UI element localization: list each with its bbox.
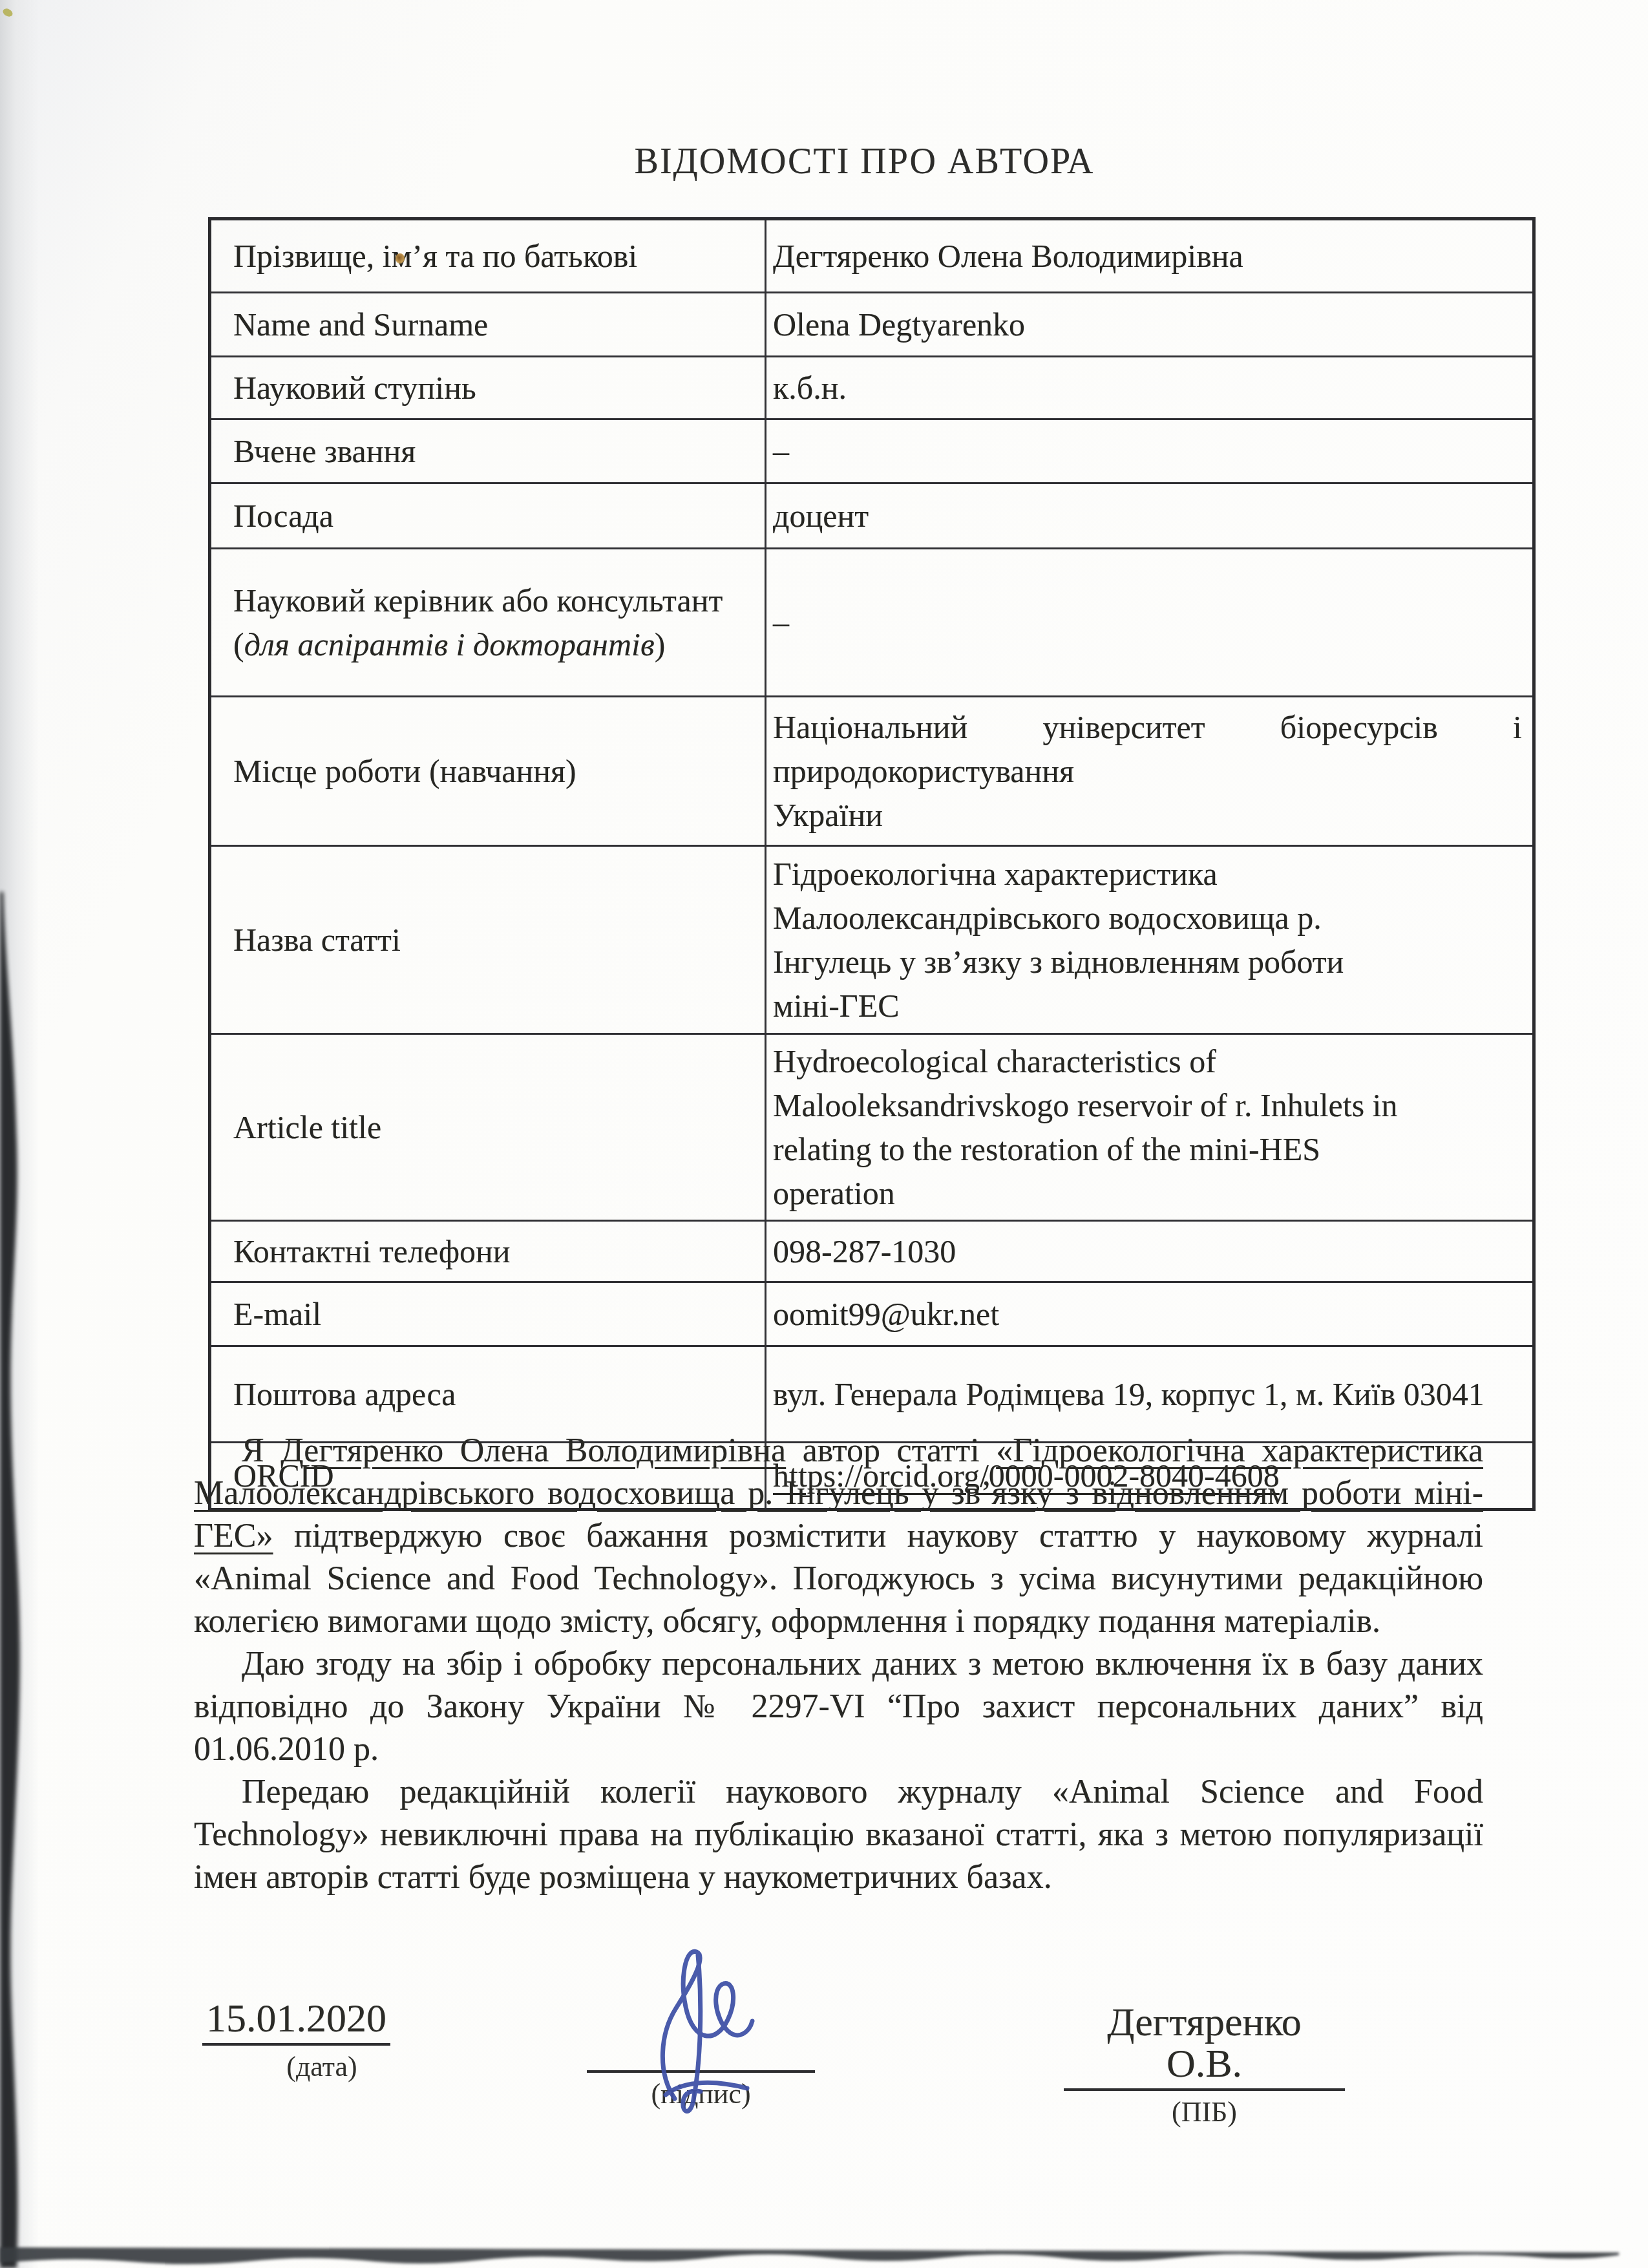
signature-sign-field: (підпис) (587, 1994, 815, 2110)
row-value: – (766, 419, 1534, 483)
row-label: Науковий керівник або консультант (для а… (210, 549, 766, 697)
row-value: oomit99@ukr.net (766, 1282, 1534, 1346)
table-row: Назва статтіГідроекологічна характеристи… (210, 846, 1534, 1034)
author-info-table: Прізвище, ім’я та по батьковіДегтяренко … (208, 217, 1536, 1511)
scan-speck (396, 253, 405, 264)
text-run: Даю згоду на збір і обробку персональних… (194, 1646, 1483, 1768)
row-value: вул. Генерала Родімцева 19, корпус 1, м.… (766, 1346, 1534, 1443)
row-label: Науковий ступінь (210, 357, 766, 419)
row-label: Вчене звання (210, 419, 766, 483)
text-run: підтверджую своє бажання розмістити наук… (194, 1518, 1483, 1640)
scan-bottom-edge-shadow (0, 2233, 1648, 2268)
table-row: Вчене звання– (210, 419, 1534, 483)
row-value: Гідроекологічна характеристика Малоолекс… (766, 846, 1534, 1034)
signature-date: 15.01.2020 (202, 1998, 390, 2046)
signature-date-label: (дата) (254, 2051, 390, 2083)
row-label: E-mail (210, 1282, 766, 1346)
row-value: – (766, 549, 1534, 697)
table-row: Місце роботи (навчання)Національний унів… (210, 697, 1534, 846)
table-row: Науковий ступіньк.б.н. (210, 357, 1534, 419)
scan-page-edge-shadow (0, 892, 30, 2268)
table-row: Контактні телефони098-287-1030 (210, 1221, 1534, 1282)
table-row: E-mailoomit99@ukr.net (210, 1282, 1534, 1346)
row-value: Hydroecological characteristics of Maloo… (766, 1034, 1534, 1221)
italic-text: для аспірантів і докторантів (244, 626, 655, 662)
scanned-page: ВІДОМОСТІ ПРО АВТОРА Прізвище, ім’я та п… (0, 0, 1648, 2268)
table-row: Name and SurnameOlena Degtyarenko (210, 293, 1534, 357)
signature-block: 15.01.2020 (дата) (підпис) Дегтярен (194, 1994, 1483, 2136)
handwritten-signature (620, 1942, 788, 2110)
text-run: Передаю редакційній колегії наукового жу… (194, 1774, 1483, 1896)
underlined-text: Дегтяренко Олена Володимирівна (280, 1432, 786, 1469)
row-value: Дегтяренко Олена Володимирівна (766, 219, 1534, 293)
table-row: Науковий керівник або консультант (для а… (210, 549, 1534, 697)
paragraph-confirmation: Я Дегтяренко Олена Володимирівна автор с… (194, 1430, 1483, 1643)
text-run: автор статті (786, 1432, 996, 1469)
signature-name-label: (ПІБ) (1064, 2096, 1345, 2128)
consent-paragraphs: Я Дегтяренко Олена Володимирівна автор с… (194, 1430, 1483, 1899)
text-run: ) (655, 626, 666, 662)
row-label: Article title (210, 1034, 766, 1221)
row-label: Прізвище, ім’я та по батькові (210, 219, 766, 293)
signature-line (587, 1994, 815, 2073)
row-value: Національний університет біоресурсів і п… (766, 697, 1534, 846)
row-label: Name and Surname (210, 293, 766, 357)
signature-date-field: 15.01.2020 (дата) (202, 1998, 390, 2083)
row-label: Назва статті (210, 846, 766, 1034)
paragraph-publication-rights: Передаю редакційній колегії наукового жу… (194, 1771, 1483, 1899)
row-label: Посада (210, 483, 766, 549)
text-run: Я (242, 1432, 280, 1469)
row-label: Поштова адреса (210, 1346, 766, 1443)
table-row: Article titleHydroecological characteris… (210, 1034, 1534, 1221)
signature-name-field: Дегтяренко О.В. (ПІБ) (1064, 2002, 1345, 2128)
row-label: Місце роботи (навчання) (210, 697, 766, 846)
row-value: Olena Degtyarenko (766, 293, 1534, 357)
table-row: Поштова адресавул. Генерала Родімцева 19… (210, 1346, 1534, 1443)
signature-name: Дегтяренко О.В. (1064, 2002, 1345, 2091)
row-label: Контактні телефони (210, 1221, 766, 1282)
row-value: 098-287-1030 (766, 1221, 1534, 1282)
table-row: Посададоцент (210, 483, 1534, 549)
row-value: к.б.н. (766, 357, 1534, 419)
paragraph-data-consent: Даю згоду на збір і обробку персональних… (194, 1643, 1483, 1771)
row-value: доцент (766, 483, 1534, 549)
table-row: Прізвище, ім’я та по батьковіДегтяренко … (210, 219, 1534, 293)
page-title: ВІДОМОСТІ ПРО АВТОРА (220, 141, 1509, 182)
